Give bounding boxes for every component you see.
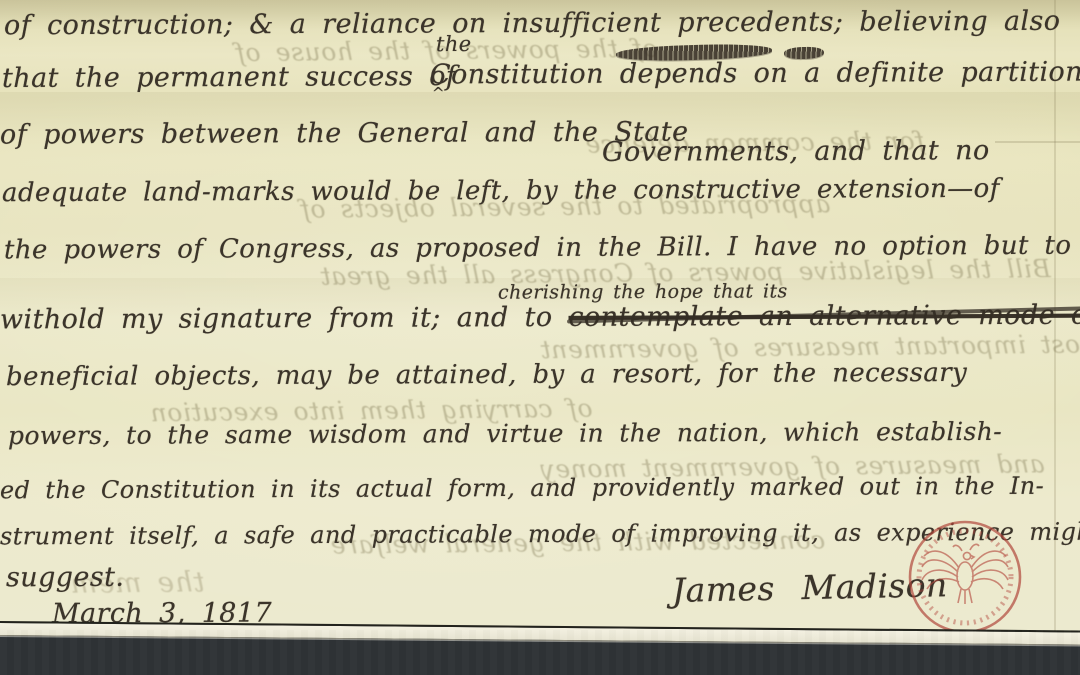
handwriting-line: beneficial objects, may be attained, by … xyxy=(6,358,967,392)
manuscript-page: of the powers of the house of for the co… xyxy=(0,0,1080,675)
interline-addition: cherishing the hope that its xyxy=(498,280,788,303)
handwriting-line: ed the Constitution in its actual form, … xyxy=(0,472,1044,505)
handwriting-line: adequate land-marks would be left, by th… xyxy=(2,174,1000,208)
handwriting-line: Constitution depends on a definite parti… xyxy=(430,57,1080,91)
scanned-document: of the powers of the house of for the co… xyxy=(0,0,1080,675)
inserted-word: the xyxy=(436,32,472,56)
handwriting-text: withold my signature from it; and to xyxy=(0,302,553,335)
stamp-eagle-icon xyxy=(906,518,1024,636)
handwriting-line: the powers of Congress, as proposed in t… xyxy=(4,231,1071,266)
handwriting-line: that the permanent success of xyxy=(2,61,456,94)
handwriting-line: of construction; & a reliance on insuffi… xyxy=(4,6,1061,42)
paper-crease xyxy=(995,141,1080,143)
strikethrough-text: contemplate an alternative mode of xyxy=(568,300,1080,333)
closing-word: suggest. xyxy=(6,562,124,594)
handwriting-line: Governments, and that no xyxy=(602,135,990,168)
handwriting-line: of powers between the General and the St… xyxy=(0,116,689,150)
handwriting-line: withold my signature from it; and to con… xyxy=(0,300,1080,336)
library-stamp xyxy=(906,518,1024,636)
handwriting-line: powers, to the same wisdom and virtue in… xyxy=(8,417,1002,450)
